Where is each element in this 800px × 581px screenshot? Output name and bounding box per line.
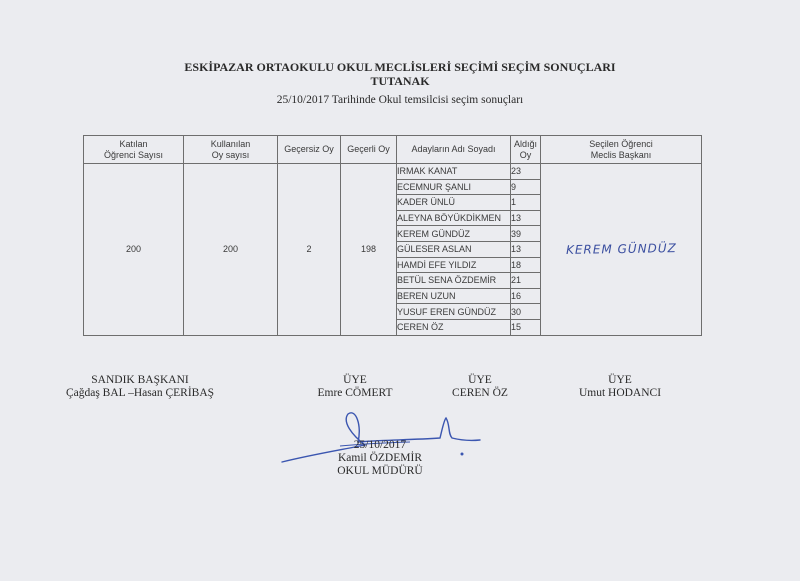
candidate-votes: 13 xyxy=(511,210,541,226)
election-results-table: Katılan Öğrenci Sayısı Kullanılan Oy say… xyxy=(83,135,702,336)
member-3-signature-block: ÜYE Umut HODANCI xyxy=(555,374,685,400)
principal-name: Kamil ÖZDEMİR xyxy=(290,452,470,465)
candidate-name: BEREN UZUN xyxy=(397,288,511,304)
document-title: ESKİPAZAR ORTAOKULU OKUL MECLİSLERİ SEÇİ… xyxy=(0,60,800,88)
candidate-votes: 30 xyxy=(511,304,541,320)
document-subtitle: 25/10/2017 Tarihinde Okul temsilcisi seç… xyxy=(0,94,800,106)
header-candidate-name: Adayların Adı Soyadı xyxy=(397,136,511,164)
elected-president-handwritten: KEREM GÜNDÜZ xyxy=(565,241,676,257)
candidate-votes: 18 xyxy=(511,257,541,273)
candidate-name: BETÜL SENA ÖZDEMİR xyxy=(397,273,511,289)
ballot-chair-title: SANDIK BAŞKANI xyxy=(40,374,240,387)
valid-votes-value: 198 xyxy=(341,164,397,336)
ballot-chair-signature-block: SANDIK BAŞKANI Çağdaş BAL –Hasan ÇERİBAŞ xyxy=(40,374,240,400)
candidate-name: CEREN ÖZ xyxy=(397,319,511,335)
candidate-name: GÜLESER ASLAN xyxy=(397,241,511,257)
candidate-name: KADER ÜNLÜ xyxy=(397,195,511,211)
candidate-votes: 16 xyxy=(511,288,541,304)
title-line-1: ESKİPAZAR ORTAOKULU OKUL MECLİSLERİ SEÇİ… xyxy=(0,60,800,74)
ballot-chair-names: Çağdaş BAL –Hasan ÇERİBAŞ xyxy=(40,387,240,400)
header-received-votes: Aldığı Oy xyxy=(511,136,541,164)
candidate-votes: 15 xyxy=(511,319,541,335)
candidate-votes: 21 xyxy=(511,273,541,289)
candidate-votes: 39 xyxy=(511,226,541,242)
candidate-name: KEREM GÜNDÜZ xyxy=(397,226,511,242)
candidate-votes: 23 xyxy=(511,164,541,180)
invalid-votes-value: 2 xyxy=(278,164,341,336)
candidate-votes: 1 xyxy=(511,195,541,211)
member-1-title: ÜYE xyxy=(280,374,430,387)
member-3-title: ÜYE xyxy=(555,374,685,387)
member-2-title: ÜYE xyxy=(420,374,540,387)
used-votes-value: 200 xyxy=(184,164,278,336)
header-used-votes: Kullanılan Oy sayısı xyxy=(184,136,278,164)
header-invalid-votes: Geçersiz Oy xyxy=(278,136,341,164)
principal-date: 25/10/2017 xyxy=(290,439,470,452)
member-1-name: Emre CÖMERT xyxy=(280,387,430,400)
candidate-name: ALEYNA BÖYÜKDİKMEN xyxy=(397,210,511,226)
member-2-signature-block: ÜYE CEREN ÖZ xyxy=(420,374,540,400)
scanned-document-page: ESKİPAZAR ORTAOKULU OKUL MECLİSLERİ SEÇİ… xyxy=(0,0,800,581)
table-body: 200 200 2 198 IRMAK KANAT 23 KEREM GÜNDÜ… xyxy=(84,164,702,336)
principal-title: OKUL MÜDÜRÜ xyxy=(290,465,470,478)
elected-president-cell: KEREM GÜNDÜZ xyxy=(541,164,702,336)
header-elected-president: Seçilen Öğrenci Meclis Başkanı xyxy=(541,136,702,164)
candidate-votes: 9 xyxy=(511,179,541,195)
title-line-2: TUTANAK xyxy=(0,74,800,88)
table-row: 200 200 2 198 IRMAK KANAT 23 KEREM GÜNDÜ… xyxy=(84,164,702,180)
principal-signature-block: 25/10/2017 Kamil ÖZDEMİR OKUL MÜDÜRÜ xyxy=(290,439,470,478)
candidate-votes: 13 xyxy=(511,241,541,257)
participants-value: 200 xyxy=(84,164,184,336)
header-participants: Katılan Öğrenci Sayısı xyxy=(84,136,184,164)
table-header-row: Katılan Öğrenci Sayısı Kullanılan Oy say… xyxy=(84,136,702,164)
header-valid-votes: Geçerli Oy xyxy=(341,136,397,164)
candidate-name: IRMAK KANAT xyxy=(397,164,511,180)
member-3-name: Umut HODANCI xyxy=(555,387,685,400)
candidate-name: YUSUF EREN GÜNDÜZ xyxy=(397,304,511,320)
candidate-name: HAMDİ EFE YILDIZ xyxy=(397,257,511,273)
candidate-name: ECEMNUR ŞANLI xyxy=(397,179,511,195)
member-1-signature-block: ÜYE Emre CÖMERT xyxy=(280,374,430,400)
member-2-name: CEREN ÖZ xyxy=(420,387,540,400)
